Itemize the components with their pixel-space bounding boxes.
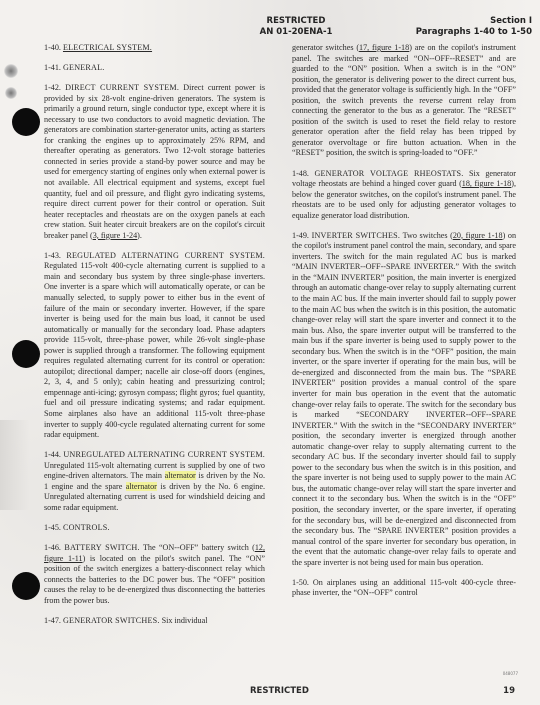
paragraph-1-47-continued: generator switches (17, figure 1-18) are… <box>292 43 516 159</box>
paragraph-number: 1-49. <box>292 231 309 240</box>
paragraph-heading: CONTROLS. <box>63 523 110 532</box>
header-paragraphs: Paragraphs 1-40 to 1-50 <box>416 27 532 38</box>
paragraph-1-43: 1-43. REGULATED ALTERNATING CURRENT SYST… <box>44 251 265 441</box>
search-highlight: alternator <box>165 471 196 480</box>
binder-hole <box>12 572 40 600</box>
paragraph-1-49: 1-49. INVERTER SWITCHES. Two switches (2… <box>292 231 516 569</box>
paragraph-1-44: 1-44. UNREGULATED ALTERNATING CURRENT SY… <box>44 450 265 513</box>
paragraph-number: 1-47. <box>44 616 61 625</box>
paragraph-text: On airplanes using an additional 115-vol… <box>292 578 516 598</box>
paragraph-heading: GENERAL. <box>63 63 105 72</box>
figure-reference-link[interactable]: 20, figure 1-18 <box>453 231 503 240</box>
paragraph-text: Six individual <box>160 616 208 625</box>
paragraph-text: ) are on the copilot's instrument panel.… <box>292 43 516 157</box>
header-section: Section I <box>416 16 532 27</box>
left-column: 1-40. ELECTRICAL SYSTEM. 1-41. GENERAL. … <box>44 43 265 636</box>
paragraph-text: Direct current power is provided by six … <box>44 83 265 240</box>
paragraph-heading: GENERATOR VOLTAGE RHEOSTATS. <box>314 169 463 178</box>
paragraph-heading: INVERTER SWITCHES. <box>312 231 401 240</box>
paragraph-1-46: 1-46. BATTERY SWITCH. The “ON--OFF” batt… <box>44 543 265 606</box>
binder-hole <box>12 108 40 136</box>
paragraph-1-42: 1-42. DIRECT CURRENT SYSTEM. Direct curr… <box>44 83 265 241</box>
section-heading: ELECTRICAL SYSTEM. <box>63 43 152 52</box>
paragraph-1-40: 1-40. ELECTRICAL SYSTEM. <box>44 43 265 54</box>
header-center: RESTRICTED AN 01-20ENA-1 <box>246 16 346 38</box>
figure-reference-link[interactable]: 17, figure 1-18 <box>359 43 409 52</box>
paragraph-number: 1-48. <box>292 169 309 178</box>
paragraph-number: 1-46. <box>44 543 61 552</box>
small-binder-hole <box>5 87 17 99</box>
paragraph-number: 1-40. <box>44 43 61 52</box>
small-binder-hole <box>4 64 18 78</box>
paragraph-number: 1-44. <box>44 450 61 459</box>
right-column: generator switches (17, figure 1-18) are… <box>292 43 516 608</box>
paragraph-1-50: 1-50. On airplanes using an additional 1… <box>292 578 516 599</box>
margin-smudge <box>0 420 30 510</box>
document-code: 048077 <box>503 671 518 676</box>
paragraph-number: 1-41. <box>44 63 61 72</box>
paragraph-number: 1-43. <box>44 251 61 260</box>
paragraph-text: ) on the copilot's instrument panel cont… <box>292 231 516 567</box>
paragraph-heading: UNREGULATED ALTERNATING CURRENT SYSTEM. <box>63 450 265 459</box>
paragraph-heading: REGULATED ALTERNATING CURRENT SYSTEM. <box>66 251 265 260</box>
paragraph-number: 1-45. <box>44 523 61 532</box>
paragraph-text: The “ON--OFF” battery switch ( <box>140 543 255 552</box>
footer-classification: RESTRICTED <box>250 686 309 696</box>
paragraph-1-48: 1-48. GENERATOR VOLTAGE RHEOSTATS. Six g… <box>292 169 516 222</box>
paragraph-text: generator switches ( <box>292 43 359 52</box>
figure-reference-link[interactable]: 18, figure 1-18 <box>462 179 511 188</box>
paragraph-number: 1-42. <box>44 83 61 92</box>
header-right: Section I Paragraphs 1-40 to 1-50 <box>416 16 532 38</box>
page-number: 19 <box>503 686 515 696</box>
paragraph-text: Two switches ( <box>400 231 453 240</box>
header-classification: RESTRICTED <box>246 16 346 27</box>
paragraph-1-41: 1-41. GENERAL. <box>44 63 265 74</box>
paragraph-text: ). <box>137 231 142 240</box>
paragraph-heading: GENERATOR SWITCHES. <box>63 616 160 625</box>
binder-hole <box>12 340 40 368</box>
paragraph-1-47: 1-47. GENERATOR SWITCHES. Six individual <box>44 616 265 627</box>
paragraph-heading: BATTERY SWITCH. <box>64 543 139 552</box>
search-highlight: alternator <box>126 482 157 491</box>
paragraph-heading: DIRECT CURRENT SYSTEM. <box>65 83 179 92</box>
paragraph-text: Regulated 115-volt 400-cycle alternating… <box>44 261 265 439</box>
paragraph-number: 1-50. <box>292 578 309 587</box>
page-header: RESTRICTED AN 01-20ENA-1 Section I Parag… <box>0 14 540 44</box>
paragraph-1-45: 1-45. CONTROLS. <box>44 523 265 534</box>
figure-reference-link[interactable]: 3, figure 1-24 <box>93 231 137 240</box>
header-doc-number: AN 01-20ENA-1 <box>246 27 346 38</box>
